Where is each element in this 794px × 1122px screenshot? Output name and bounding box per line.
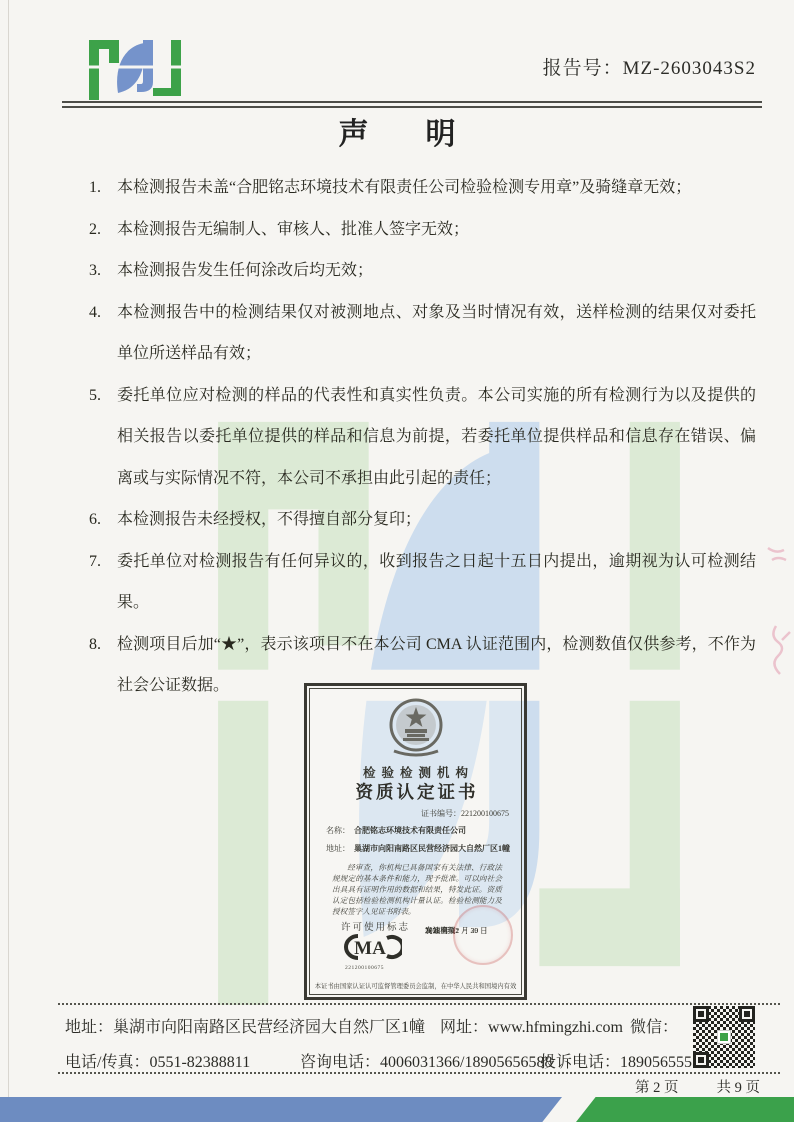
footer-wechat-label: 微信： [630,1019,678,1036]
certificate-address-row: 地址：巢湖市向阳南路区民营经济园大自然厂区1幢 [326,843,510,854]
national-emblem-icon [388,695,444,759]
statement-number: 3. [89,250,101,292]
footer-address-label: 地址： [65,1019,113,1036]
qr-finder-icon [693,1052,709,1068]
footer-hotline-value: 4006031366/18905656588 [380,1054,552,1071]
footer-address-value: 巢湖市向阳南路区民营经济园大自然厂区1幢 [113,1019,425,1036]
footer-phone-fax-value: 0551-82388811 [149,1054,250,1071]
certificate-address-label: 地址： [326,844,350,853]
company-logo [85,36,185,100]
qr-finder-icon [739,1006,755,1022]
footer-website: 网址：www.hfmingzhi.com [440,1014,623,1037]
svg-text:MA: MA [354,938,386,959]
statement-text: 本检测报告无编制人、审核人、批准人签字无效； [117,221,469,238]
statement-item: 4. 本检测报告中的检测结果仅对被测地点、对象及当时情况有效，送样检测的结果仅对… [84,292,756,375]
certificate-footnote: 本证书由国家认证认可监督管理委员会监制，在中华人民共和国境内有效 [307,981,524,990]
page-title: 声明 [0,109,794,153]
statement-number: 7. [89,541,101,583]
footer-phone-fax-label: 电话/传真： [65,1054,149,1071]
footer-complaint-label: 投诉电话： [540,1054,620,1071]
handwriting-bleed-marks [758,540,794,700]
footer-dotted-rule-top [58,1003,780,1005]
footer-website-label: 网址： [440,1019,488,1036]
page-current: 第 2 页 [635,1080,679,1096]
statement-number: 6. [89,499,101,541]
page-indicator: 第 2 页共 9 页 [635,1076,760,1097]
qr-center-logo-icon [717,1030,731,1044]
footer-address: 地址：巢湖市向阳南路区民营经济园大自然厂区1幢 [65,1014,425,1037]
footer-website-value: www.hfmingzhi.com [488,1019,623,1036]
statement-item: 3. 本检测报告发生任何涂改后均无效； [84,250,756,292]
qr-finder-icon [693,1006,709,1022]
statement-text: 委托单位对检测报告有任何异议的，收到报告之日起十五日内提出，逾期视为认可检测结果… [117,553,756,612]
scan-edge-line [8,0,9,1122]
license-mark-label: 许可使用标志 [341,919,410,933]
accreditation-certificate: 检验检测机构 资质认定证书 证书编号：221200100675 名称：合肥铭志环… [304,683,527,1000]
cma-mark: MA [340,933,402,961]
statement-number: 5. [89,375,101,417]
statement-text: 委托单位应对检测的样品的代表性和真实性负责。本公司实施的所有检测行为以及提供的相… [117,387,756,487]
header-double-rule [62,101,762,108]
statement-item: 6. 本检测报告未经授权，不得擅自部分复印； [84,499,756,541]
report-number: 报告号：MZ-2603043S2 [543,53,756,80]
footer-wechat: 微信： [630,1014,678,1037]
statement-text: 本检测报告未盖“合肥铭志环境技术有限责任公司检验检测专用章”及骑缝章无效； [117,179,691,196]
certificate-number-label: 证书编号： [421,809,461,818]
certificate-title: 资质认定证书 [307,779,524,804]
statement-item: 1. 本检测报告未盖“合肥铭志环境技术有限责任公司检验检测专用章”及骑缝章无效； [84,167,756,209]
footer-dotted-rule-bottom [58,1072,780,1074]
report-number-value: MZ-2603043S2 [623,58,756,79]
statement-item: 7. 委托单位对检测报告有任何异议的，收到报告之日起十五日内提出，逾期视为认可检… [84,541,756,624]
footer-phone-fax: 电话/传真：0551-82388811 [65,1049,250,1072]
certificate-number-value: 221200100675 [461,809,509,818]
bottom-band-green [576,1097,794,1122]
wechat-qr-code [693,1006,755,1068]
footer-hotline-label: 咨询电话： [300,1054,380,1071]
statement-number: 2. [89,209,101,251]
statement-item: 5. 委托单位应对检测的样品的代表性和真实性负责。本公司实施的所有检测行为以及提… [84,375,756,500]
statement-number: 8. [89,624,101,666]
report-number-label: 报告号： [543,58,623,79]
statement-number: 4. [89,292,101,334]
statement-item: 2. 本检测报告无编制人、审核人、批准人签字无效； [84,209,756,251]
footer-complaint: 投诉电话：18905655551 [540,1049,708,1072]
certificate-address-value: 巢湖市向阳南路区民营经济园大自然厂区1幢 [354,844,510,853]
footer-hotline: 咨询电话：4006031366/18905656588 [300,1049,552,1072]
certificate-name-value: 合肥铭志环境技术有限责任公司 [354,826,466,835]
statement-text: 本检测报告未经授权，不得擅自部分复印； [117,511,421,528]
red-stamp [453,905,513,965]
certificate-name-row: 名称：合肥铭志环境技术有限责任公司 [326,825,466,836]
page-total: 共 9 页 [717,1080,761,1096]
bottom-band-blue [0,1097,562,1122]
statement-list: 1. 本检测报告未盖“合肥铭志环境技术有限责任公司检验检测专用章”及骑缝章无效；… [84,167,756,707]
cma-mark-number: 221200100675 [345,965,384,971]
certificate-name-label: 名称： [326,826,350,835]
statement-text: 本检测报告中的检测结果仅对被测地点、对象及当时情况有效，送样检测的结果仅对委托单… [117,304,756,363]
statement-number: 1. [89,167,101,209]
certificate-number: 证书编号：221200100675 [421,808,509,819]
statement-text: 本检测报告发生任何涂改后均无效； [117,262,373,279]
